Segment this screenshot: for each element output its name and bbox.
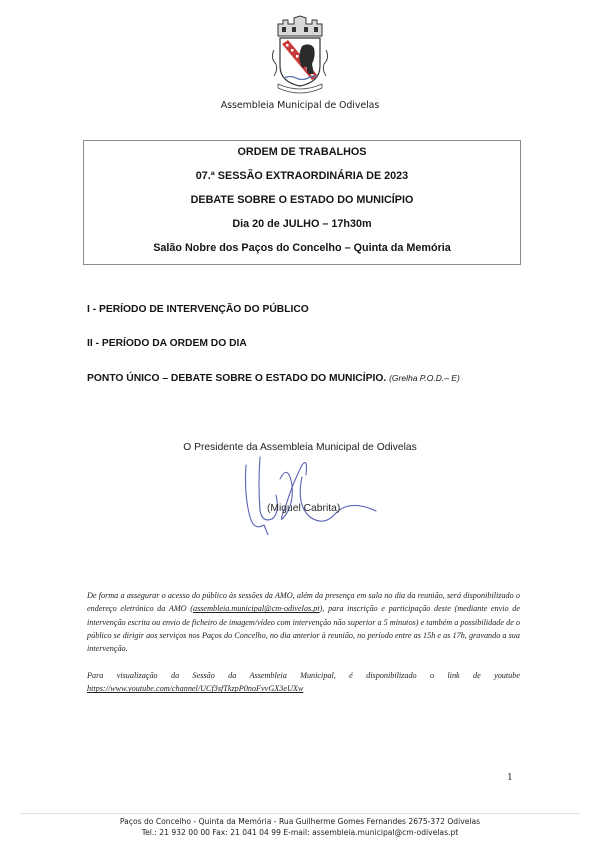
- youtube-notice: Para visualização da Sessão da Assemblei…: [87, 669, 520, 696]
- youtube-link[interactable]: https://www.youtube.com/channel/UCf3sfTk…: [87, 682, 520, 695]
- agenda-item-1: I - PERÍODO DE INTERVENÇÃO DO PÚBLICO: [87, 304, 309, 315]
- youtube-notice-text: Para visualização da Sessão da Assemblei…: [87, 669, 520, 682]
- session-date: Dia 20 de JULHO – 17h30m: [84, 218, 520, 230]
- signatory-title: O Presidente da Assembleia Municipal de …: [0, 442, 600, 453]
- organization-name: Assembleia Municipal de Odivelas: [0, 100, 600, 111]
- footer-contacts: Tel.: 21 932 00 00 Fax: 21 041 04 99 E-m…: [0, 828, 600, 839]
- agenda-item-3-note: (Grelha P.O.D.– E): [389, 373, 460, 383]
- session-header-box: ORDEM DE TRABALHOS 07.ª SESSÃO EXTRAORDI…: [83, 140, 521, 265]
- agenda-item-2: II - PERÍODO DA ORDEM DO DIA: [87, 338, 247, 349]
- session-location: Salão Nobre dos Paços do Concelho – Quin…: [84, 242, 520, 254]
- signatory-name: (Miguel Cabrita): [267, 503, 340, 514]
- page-number: 1: [507, 771, 513, 783]
- session-title: 07.ª SESSÃO EXTRAORDINÁRIA DE 2023: [84, 170, 520, 182]
- handwritten-signature-icon: [240, 455, 380, 535]
- coat-of-arms-icon: [268, 14, 332, 94]
- public-access-notice: De forma a assegurar o acesso do público…: [87, 589, 520, 655]
- debate-title: DEBATE SOBRE O ESTADO DO MUNICÍPIO: [84, 194, 520, 206]
- footer-divider: [20, 813, 580, 814]
- document-title: ORDEM DE TRABALHOS: [84, 146, 520, 158]
- agenda-item-3-text: PONTO ÚNICO – DEBATE SOBRE O ESTADO DO M…: [87, 373, 386, 384]
- footer-address: Paços do Concelho - Quinta da Memória - …: [0, 817, 600, 828]
- agenda-item-3: PONTO ÚNICO – DEBATE SOBRE O ESTADO DO M…: [87, 373, 460, 384]
- footer: Paços do Concelho - Quinta da Memória - …: [0, 817, 600, 838]
- notice-email-link[interactable]: assembleia.municipal@cm-odivelas.pt: [193, 604, 320, 613]
